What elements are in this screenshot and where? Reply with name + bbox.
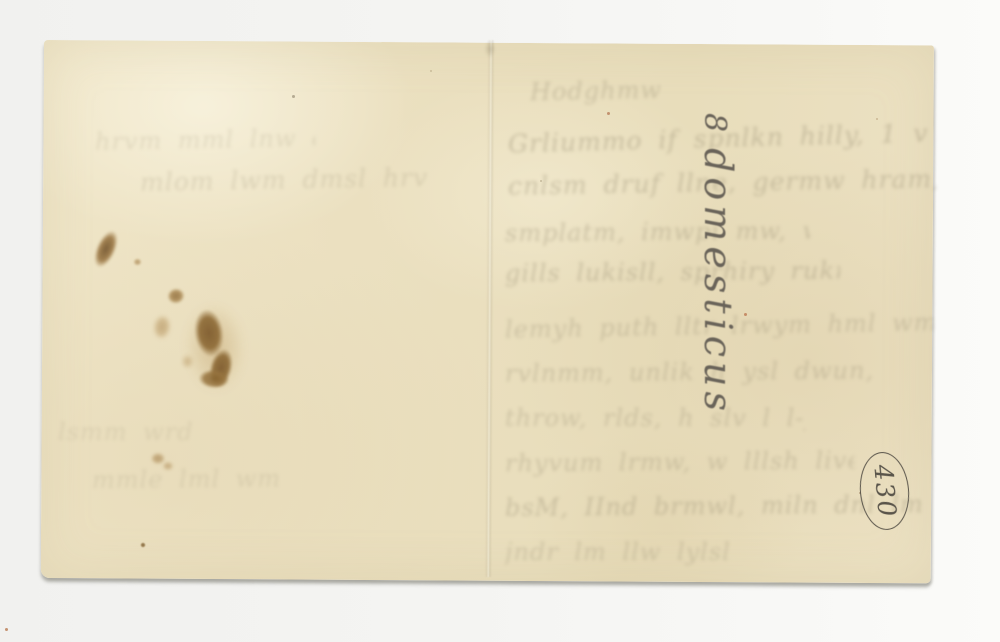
paper-speck (5, 628, 8, 631)
fold-crease-notch (483, 38, 497, 60)
catalog-number: 430 (868, 463, 902, 519)
species-label-word: domesticus (696, 148, 740, 416)
scanner-bed: HodghmwGrliummo if spnlkn hilly, 1 v 3 d… (0, 0, 1000, 642)
species-label-prefix: 8 (697, 113, 732, 132)
species-label-handwriting: 8domesticus (696, 113, 740, 416)
